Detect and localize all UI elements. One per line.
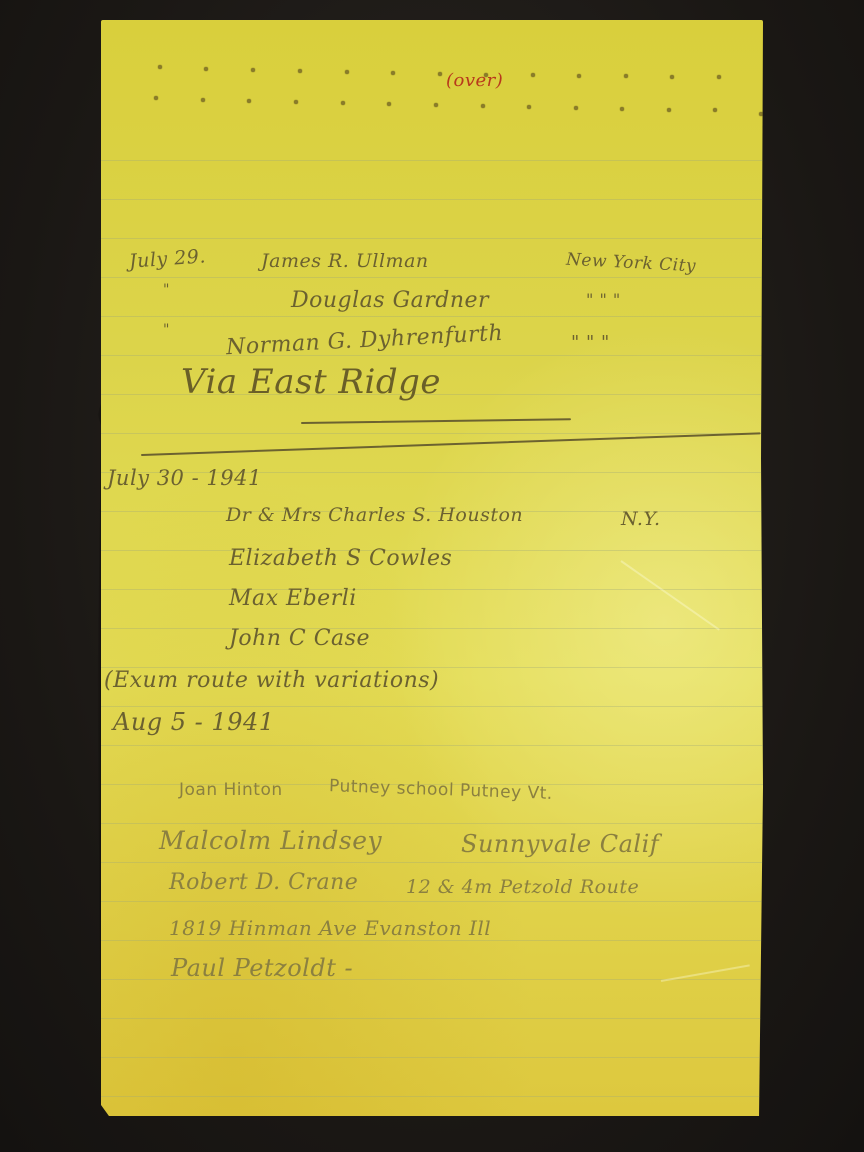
perforation-dot	[484, 73, 488, 77]
entry-3-date: Aug 5 - 1941	[113, 708, 275, 736]
section-divider	[141, 432, 761, 455]
entry-1-name-2: Douglas Gardner	[291, 288, 489, 313]
ruled-line	[101, 628, 763, 629]
perforation-dot	[667, 108, 671, 112]
ditto-mark: "	[163, 322, 170, 338]
entry-3-location-3: 12 & 4m Petzold Route	[406, 876, 639, 898]
over-note: (over)	[446, 70, 503, 91]
perforation-dot	[713, 108, 717, 112]
perforation-dot	[574, 106, 578, 110]
entry-2-date: July 30 - 1941	[107, 466, 262, 490]
perforation-dot	[387, 102, 391, 106]
entry-3-name-3: Robert D. Crane	[169, 870, 358, 895]
entry-3-location-2: Sunnyvale Calif	[461, 830, 659, 858]
entry-3-name-1: Joan Hinton	[179, 780, 283, 800]
entry-1-location-3: " " "	[571, 332, 610, 353]
perforation-dot	[717, 75, 721, 79]
perforation-dot	[577, 74, 581, 78]
perforation-dot	[201, 98, 205, 102]
perforation-dot	[620, 107, 624, 111]
perforation-dot	[759, 112, 763, 116]
ruled-line	[101, 1096, 763, 1097]
ruled-line	[101, 277, 763, 278]
perforation-dot	[251, 68, 255, 72]
entry-3-name-4: Paul Petzoldt -	[171, 954, 353, 982]
paper-crease	[620, 560, 719, 630]
perforation-dot	[434, 103, 438, 107]
ruled-line	[101, 862, 763, 863]
entry-2-location-1: N.Y.	[621, 508, 661, 530]
ruled-line	[101, 199, 763, 200]
ruled-line	[101, 1018, 763, 1019]
perforation-dot	[298, 69, 302, 73]
perforation-dot	[527, 105, 531, 109]
entry-2-name-4: John C Case	[229, 626, 370, 651]
perforation-dot	[624, 74, 628, 78]
entry-2-route: (Exum route with variations)	[104, 668, 439, 693]
ditto-mark: "	[163, 282, 170, 298]
ruled-line	[101, 355, 763, 356]
ruled-line	[101, 433, 763, 434]
entry-3-name-2: Malcolm Lindsey	[159, 826, 382, 855]
perforation-dot	[670, 75, 674, 79]
perforation-dot	[341, 101, 345, 105]
perforation-dot	[481, 104, 485, 108]
entry-1-location-1: New York City	[566, 250, 697, 277]
ruled-line	[101, 706, 763, 707]
ruled-line	[101, 316, 763, 317]
ruled-line	[101, 823, 763, 824]
entry-1-location-2: " " "	[586, 290, 621, 309]
ruled-line	[101, 238, 763, 239]
ruled-line	[101, 940, 763, 941]
route-underline	[301, 418, 571, 424]
entry-2-name-3: Max Eberli	[229, 586, 357, 611]
entry-3-address: 1819 Hinman Ave Evanston Ill	[169, 916, 491, 940]
ruled-line	[101, 160, 763, 161]
ruled-line	[101, 745, 763, 746]
entry-2-name-2: Elizabeth S Cowles	[229, 546, 452, 571]
ruled-line	[101, 901, 763, 902]
entry-3-location-1: Putney school Putney Vt.	[329, 776, 553, 804]
perforation-dot	[154, 96, 158, 100]
entry-1-name-1: James R. Ullman	[261, 250, 429, 272]
entry-1-route: Via East Ridge	[181, 362, 441, 402]
perforation-dot	[204, 67, 208, 71]
perforation-dot	[438, 72, 442, 76]
yellow-legal-sheet: (over) July 29. James R. Ullman New York…	[101, 20, 763, 1116]
ruled-line	[101, 1057, 763, 1058]
perforation-dot	[391, 71, 395, 75]
perforation-dot	[294, 100, 298, 104]
entry-2-name-1: Dr & Mrs Charles S. Houston	[226, 504, 523, 526]
perforation-dot	[531, 73, 535, 77]
perforation-dot	[345, 70, 349, 74]
perforation-dot	[247, 99, 251, 103]
perforation-dot	[158, 65, 162, 69]
entry-1-date: July 29.	[128, 245, 206, 272]
